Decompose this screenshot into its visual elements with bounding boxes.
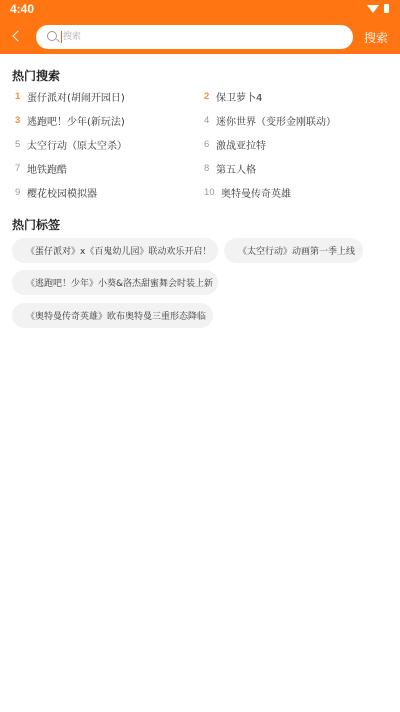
hot-search-label: 迷你世界（变形金刚联动） (216, 113, 336, 128)
hot-tags-title: 热门标签 (12, 216, 60, 233)
hot-search-label: 保卫萝卜4 (216, 89, 262, 104)
hot-search-rank: 9 (15, 187, 27, 198)
hot-tag[interactable]: 《太空行动》动画第一季上线 (224, 238, 363, 263)
status-time: 4:40 (10, 2, 34, 16)
back-icon[interactable] (10, 28, 24, 46)
hot-search-rank: 7 (15, 163, 27, 174)
hot-search-label: 第五人格 (216, 161, 256, 176)
hot-search-item[interactable]: 9 樱花校园模拟器 (15, 184, 97, 200)
hot-search-item[interactable]: 3 逃跑吧！少年(新玩法) (15, 112, 125, 128)
hot-search-item[interactable]: 5 太空行动（原太空杀） (15, 136, 127, 152)
hot-search-item[interactable]: 8 第五人格 (204, 160, 256, 176)
search-button[interactable]: 搜索 (364, 29, 388, 46)
hot-search-label: 奥特曼传奇英雄 (221, 185, 291, 200)
search-box[interactable] (36, 25, 353, 49)
hot-search-rank: 10 (204, 187, 221, 198)
hot-search-item[interactable]: 1 蛋仔派对(胡闹开园日) (15, 88, 125, 104)
hot-search-label: 蛋仔派对(胡闹开园日) (27, 89, 125, 104)
hot-search-label: 激战亚拉特 (216, 137, 266, 152)
hot-search-item[interactable]: 4 迷你世界（变形金刚联动） (204, 112, 336, 128)
hot-tag[interactable]: 《蛋仔派对》x《百鬼幼儿园》联动欢乐开启！ (12, 238, 218, 263)
hot-search-label: 地铁跑酷 (27, 161, 67, 176)
wifi-icon (367, 5, 379, 13)
hot-search-label: 太空行动（原太空杀） (27, 137, 127, 152)
search-input[interactable] (63, 28, 333, 46)
hot-search-item[interactable]: 7 地铁跑酷 (15, 160, 67, 176)
hot-tag[interactable]: 《奥特曼传奇英雄》欧布奥特曼三重形态降临 (12, 303, 213, 328)
hot-search-item[interactable]: 10 奥特曼传奇英雄 (204, 184, 291, 200)
search-icon (47, 31, 57, 41)
hot-tag[interactable]: 《逃跑吧！少年》小葵&洛杰甜蜜舞会时装上新 (12, 270, 218, 295)
hot-search-rank: 8 (204, 163, 216, 174)
hot-search-title: 热门搜索 (12, 67, 60, 84)
app-header: 4:40 搜索 (0, 0, 400, 54)
hot-search-label: 樱花校园模拟器 (27, 185, 97, 200)
hot-search-rank: 2 (204, 91, 216, 102)
hot-search-rank: 1 (15, 91, 27, 102)
hot-search-label: 逃跑吧！少年(新玩法) (27, 113, 125, 128)
hot-search-item[interactable]: 2 保卫萝卜4 (204, 88, 262, 104)
hot-search-rank: 4 (204, 115, 216, 126)
hot-search-rank: 5 (15, 139, 27, 150)
hot-search-rank: 3 (15, 115, 27, 126)
hot-search-item[interactable]: 6 激战亚拉特 (204, 136, 266, 152)
battery-icon (384, 4, 389, 13)
hot-search-rank: 6 (204, 139, 216, 150)
